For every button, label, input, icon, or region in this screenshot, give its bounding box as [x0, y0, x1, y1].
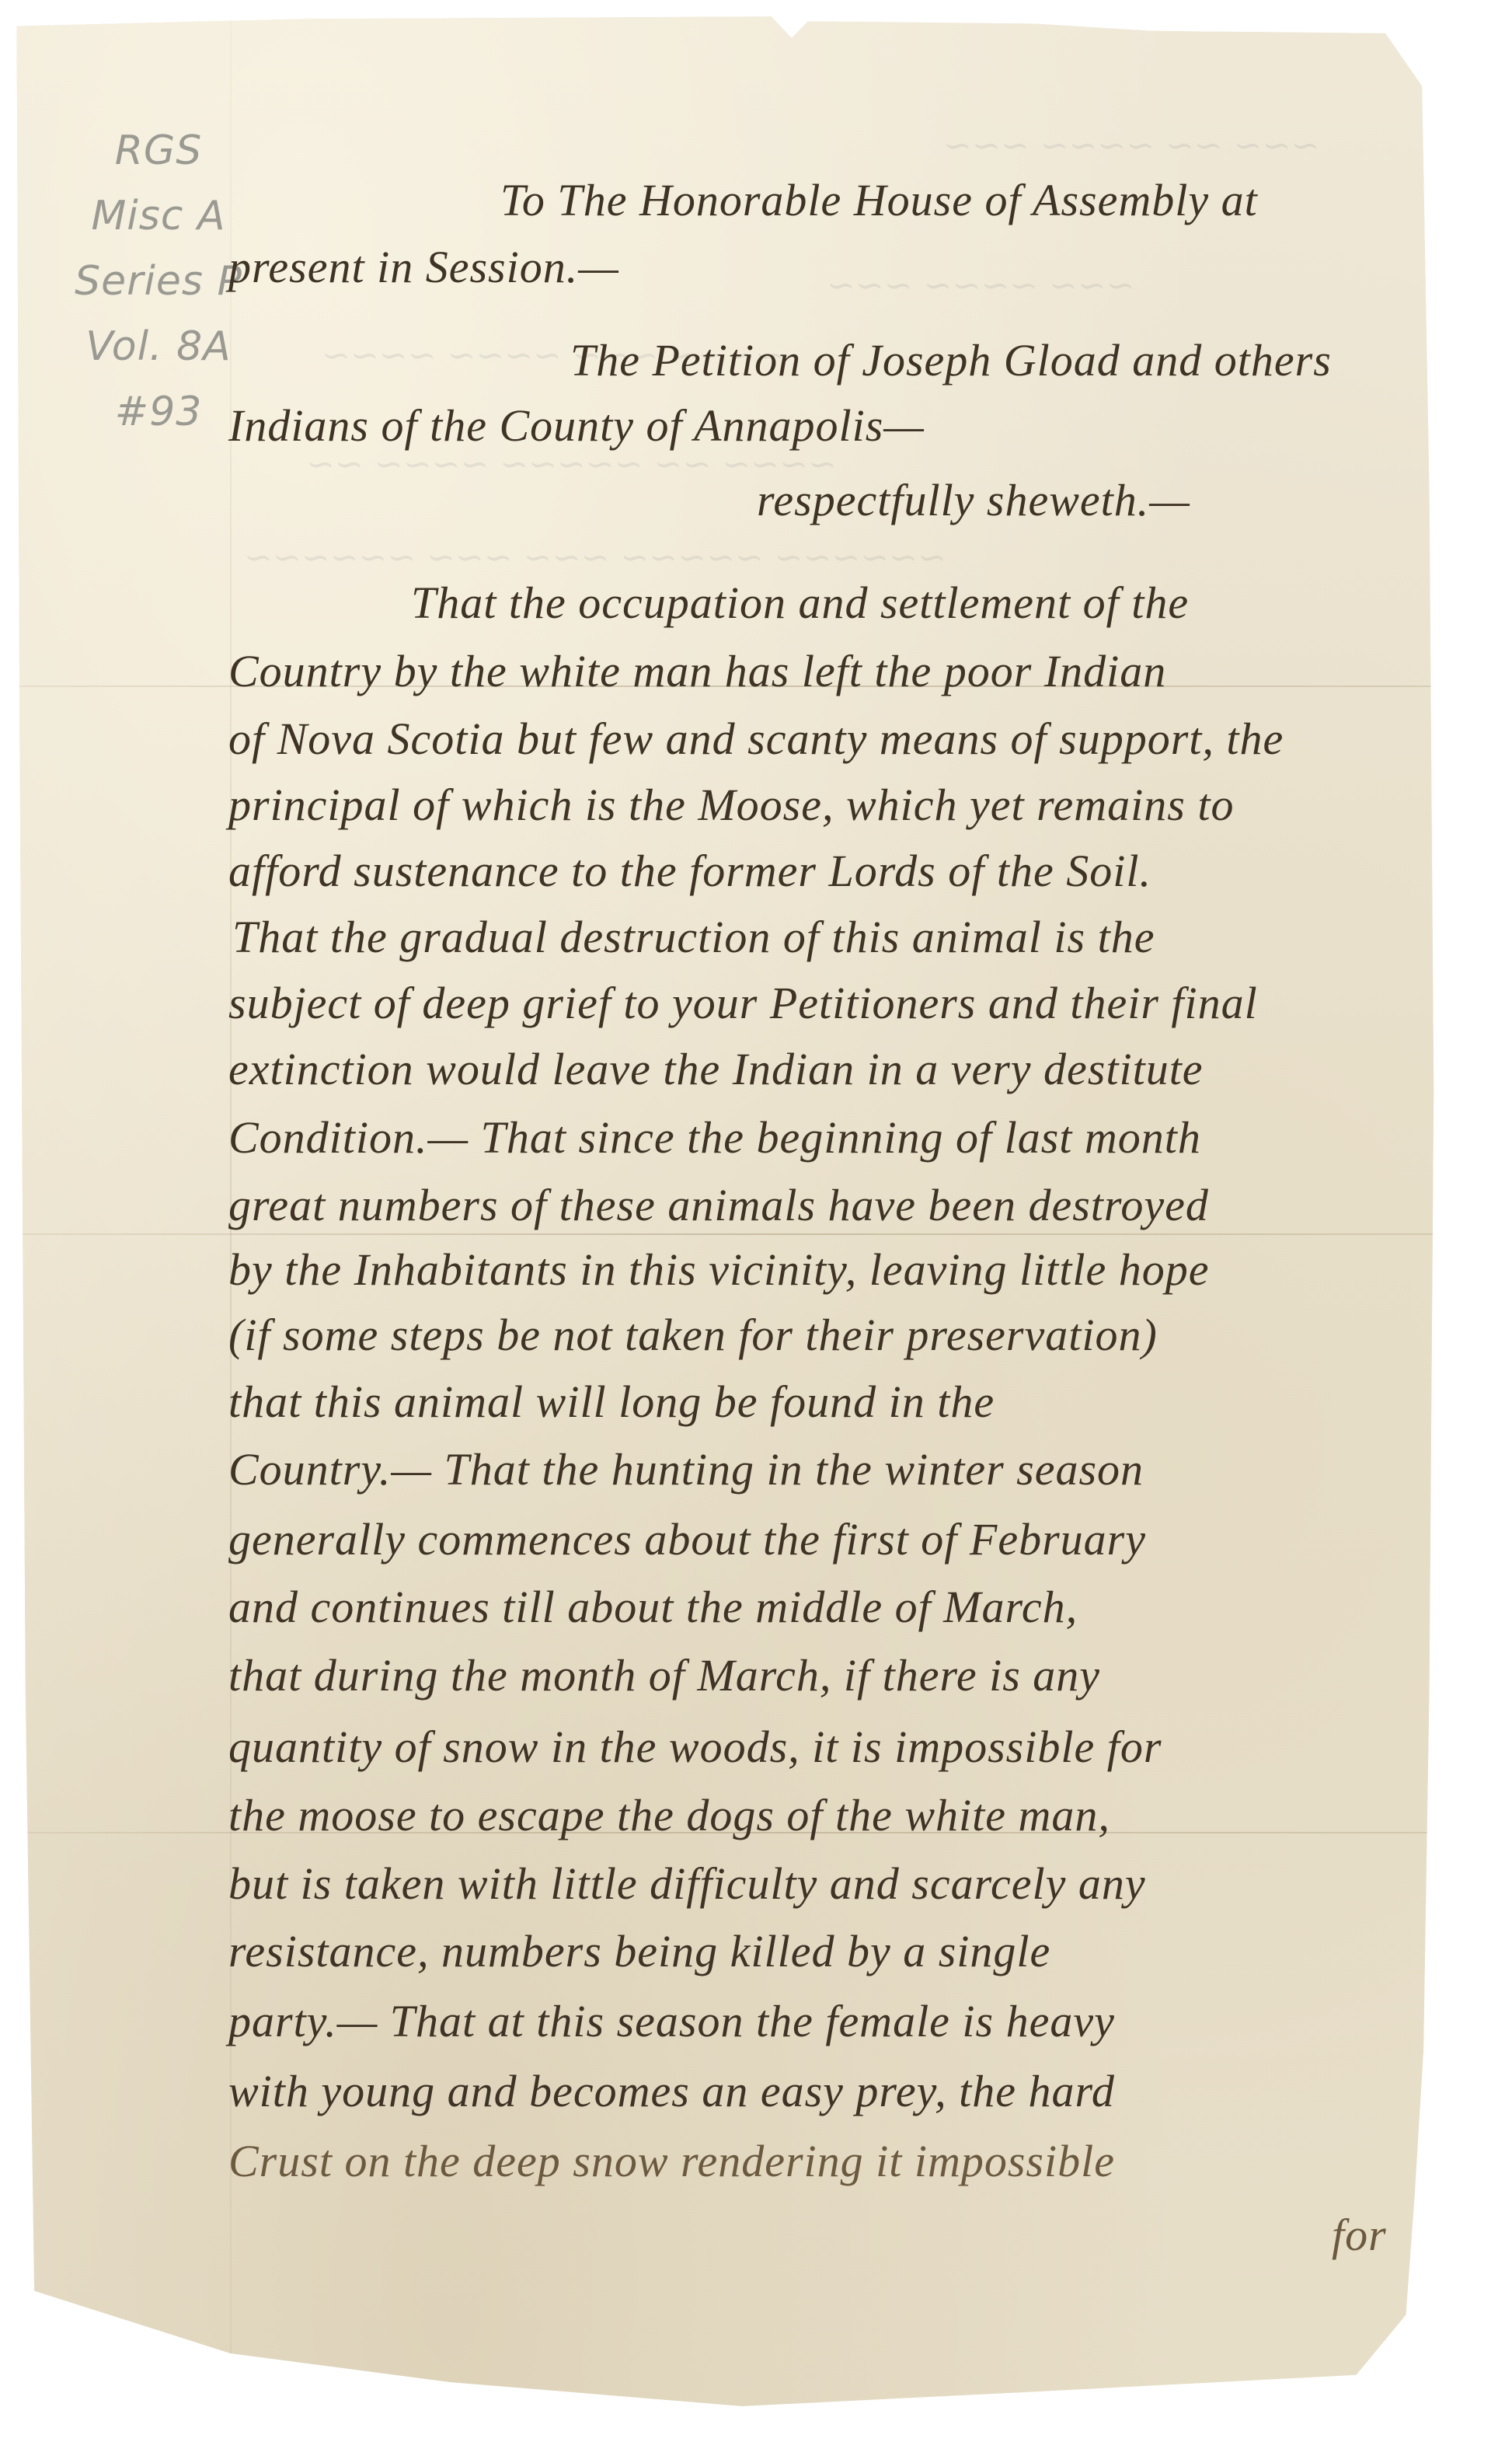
body-line: party.— That at this season the female i…	[228, 1995, 1115, 2047]
body-line: of Nova Scotia but few and scanty means …	[228, 713, 1284, 765]
body-line: with young and becomes an easy prey, the…	[228, 2065, 1115, 2117]
salutation: respectfully sheweth.—	[757, 474, 1190, 526]
address-line-1: To The Honorable House of Assembly at	[500, 174, 1258, 226]
body-line: and continues till about the middle of M…	[228, 1581, 1078, 1633]
archive-ref-line: Misc A	[57, 183, 260, 249]
bleed-through-text: ~~~~~~ ~~~~~ ~~~ ~~~ ~~~~~~	[244, 538, 946, 577]
address-line-2: present in Session.—	[228, 241, 619, 293]
body-line: but is taken with little difficulty and …	[228, 1858, 1146, 1910]
body-line: Crust on the deep snow rendering it impo…	[228, 2135, 1115, 2187]
bleed-through-text: ~~~ ~~~~ ~~~	[827, 266, 1135, 305]
body-line: that this animal will long be found in t…	[228, 1376, 995, 1428]
body-line: subject of deep grief to your Petitioner…	[228, 977, 1258, 1029]
body-line: (if some steps be not taken for their pr…	[228, 1309, 1158, 1361]
bleed-through-text: ~~~ ~~ ~~~~ ~~~	[943, 126, 1319, 166]
archive-ref-line: Vol. 8A	[57, 314, 260, 379]
body-line: That the gradual destruction of this ani…	[232, 911, 1155, 963]
body-line: extinction would leave the Indian in a v…	[228, 1043, 1204, 1095]
body-line: that during the month of March, if there…	[228, 1649, 1100, 1701]
body-line: Country.— That the hunting in the winter…	[228, 1443, 1144, 1495]
archive-ref-line: RGS	[57, 118, 260, 183]
petition-title-line-2: Indians of the County of Annapolis—	[228, 399, 925, 452]
petition-title-line-1: The Petition of Joseph Gload and others	[570, 334, 1332, 386]
body-line: generally commences about the first of F…	[228, 1513, 1146, 1565]
body-line: principal of which is the Moose, which y…	[228, 779, 1234, 831]
body-line: Country by the white man has left the po…	[228, 645, 1166, 697]
manuscript-page: ~~~ ~~ ~~~~ ~~~ ~~~ ~~~~ ~~~ ~~~~ ~~~ ~~…	[11, 9, 1473, 2411]
body-line: afford sustenance to the former Lords of…	[228, 845, 1151, 897]
body-line: by the Inhabitants in this vicinity, lea…	[228, 1244, 1210, 1296]
body-line: resistance, numbers being killed by a si…	[228, 1925, 1050, 1977]
body-line: That the occupation and settlement of th…	[411, 577, 1189, 629]
body-line: quantity of snow in the woods, it is imp…	[228, 1721, 1162, 1773]
body-line: great numbers of these animals have been…	[228, 1179, 1209, 1231]
catchword: for	[1332, 2209, 1387, 2261]
body-line: Condition.— That since the beginning of …	[228, 1111, 1201, 1163]
body-line: the moose to escape the dogs of the whit…	[228, 1789, 1110, 1841]
